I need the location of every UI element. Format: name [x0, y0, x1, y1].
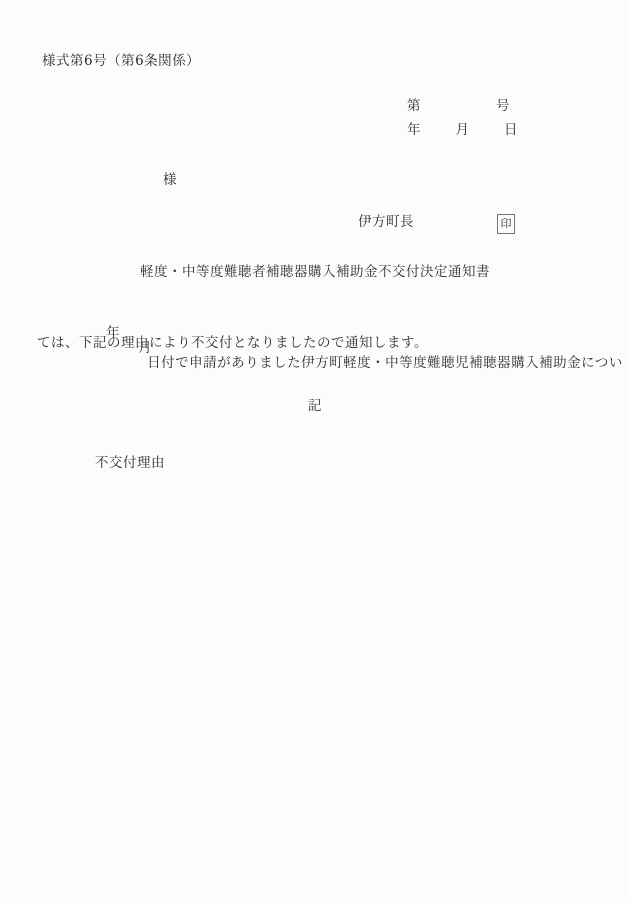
- date-month-label: 月: [456, 123, 470, 138]
- form-number-label: 様式第6号（第6条関係）: [42, 54, 200, 69]
- body-paragraph-line2: ては、下記の理由により不交付となりましたので通知します。: [37, 336, 428, 351]
- addressee-honorific: 様: [163, 173, 177, 188]
- seal-box: 印: [497, 214, 515, 234]
- seal-mark: 印: [501, 218, 512, 230]
- doc-number-suffix: 号: [496, 99, 510, 114]
- non-grant-reason-label: 不交付理由: [95, 456, 165, 471]
- sender-title: 伊方町長: [358, 215, 414, 230]
- date-line: 年 月 日: [407, 123, 518, 138]
- document-title: 軽度・中等度難聴者補聴器購入補助金不交付決定通知書: [0, 265, 630, 280]
- date-day-label: 日: [504, 123, 518, 138]
- document-number-line: 第 号: [407, 99, 510, 114]
- body-text-line1: 日付で申請がありました伊方町軽度・中等度難聴児補聴器購入補助金につい: [147, 355, 623, 371]
- doc-number-prefix: 第: [407, 99, 421, 114]
- date-year-label: 年: [407, 123, 421, 138]
- document-page: 様式第6号（第6条関係） 第 号 年 月 日 様 伊方町長 印 軽度・中等度難聴…: [0, 0, 630, 903]
- section-marker: 記: [0, 399, 630, 414]
